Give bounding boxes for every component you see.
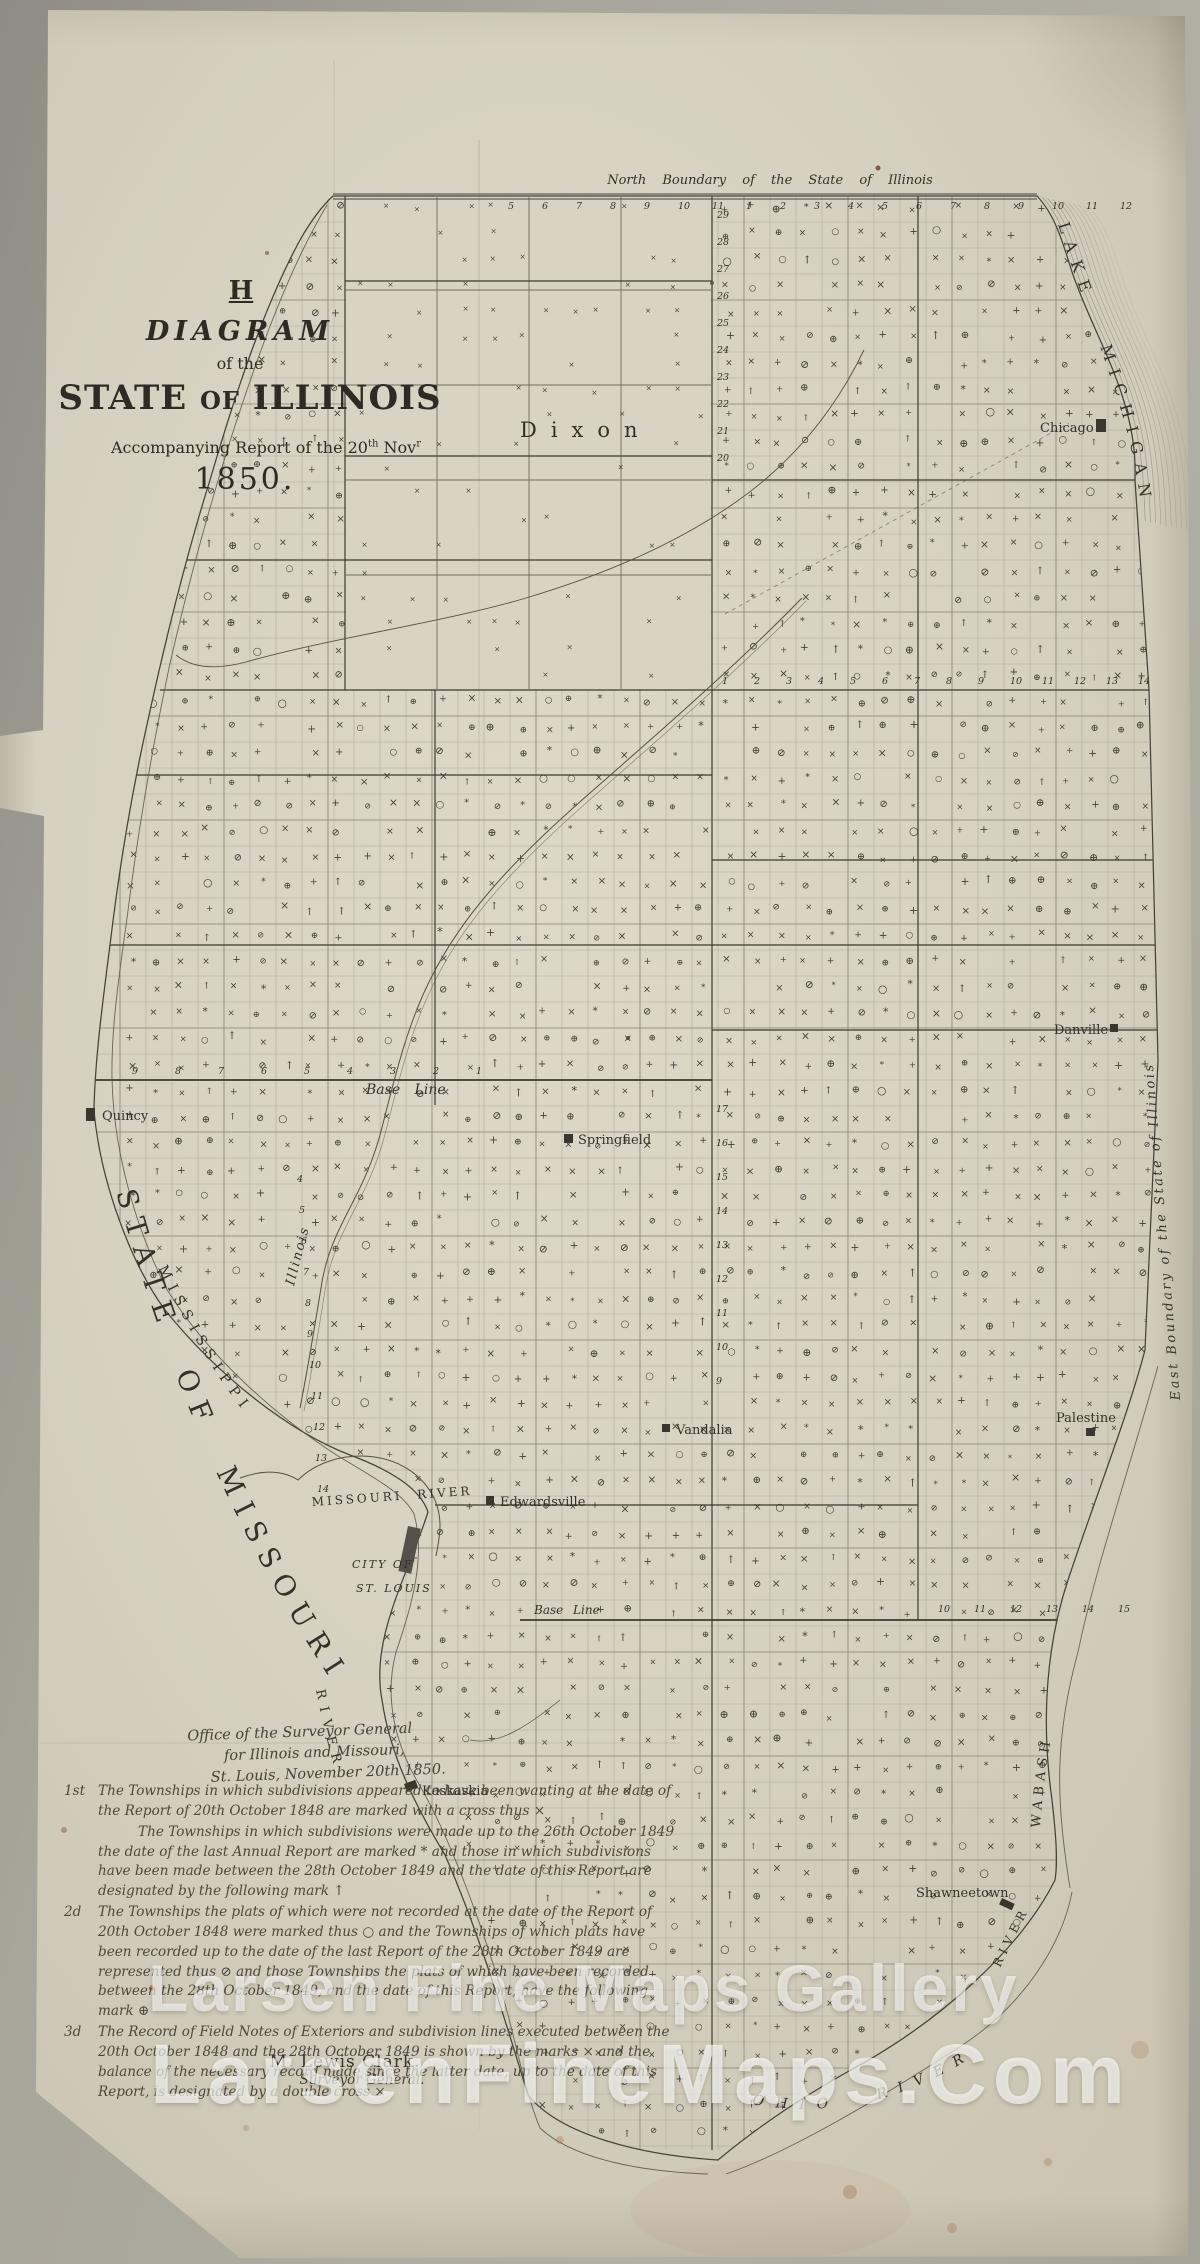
svg-text:×: × — [983, 385, 991, 396]
svg-text:×: × — [987, 1734, 995, 1745]
svg-text:⊕: ⊕ — [826, 907, 833, 917]
svg-text:×: × — [754, 957, 761, 967]
svg-text:+: + — [772, 1217, 781, 1229]
svg-text:⊘: ⊘ — [695, 933, 703, 943]
svg-text:×: × — [259, 1140, 267, 1151]
svg-text:×: × — [540, 1212, 549, 1225]
svg-text:+: + — [462, 1032, 469, 1042]
svg-text:○: ○ — [442, 1318, 450, 1328]
svg-text:×: × — [541, 1738, 548, 1748]
svg-text:⊕: ⊕ — [721, 1841, 728, 1851]
svg-text:⊘: ⊘ — [932, 1634, 940, 1645]
svg-text:+: + — [910, 855, 918, 865]
svg-text:○: ○ — [930, 1269, 938, 1280]
svg-text:+: + — [1008, 1655, 1016, 1666]
svg-text:×: × — [597, 1165, 606, 1177]
svg-text:27: 27 — [716, 264, 730, 275]
svg-text:×: × — [1111, 829, 1119, 840]
svg-text:×: × — [988, 1504, 995, 1514]
svg-text:⊕: ⊕ — [855, 1033, 862, 1043]
svg-text:⊕: ⊕ — [805, 564, 812, 574]
svg-text:+: + — [1036, 1371, 1045, 1384]
svg-text:⊘: ⊘ — [1039, 1943, 1047, 1953]
svg-text:×: × — [513, 439, 519, 448]
svg-text:↑: ↑ — [490, 1423, 497, 1433]
svg-text:×: × — [598, 1659, 605, 1669]
svg-text:⊕: ⊕ — [1090, 723, 1098, 734]
svg-text:⊕: ⊕ — [774, 1164, 783, 1176]
svg-text:×: × — [670, 283, 676, 292]
svg-text:8: 8 — [984, 201, 990, 212]
svg-text:17: 17 — [716, 1104, 729, 1115]
svg-text:+: + — [646, 1059, 654, 1070]
svg-text:×: × — [876, 1503, 883, 1513]
svg-text:×: × — [980, 905, 989, 917]
map-year: 1850. — [150, 462, 340, 497]
svg-text:×: × — [1033, 851, 1040, 861]
svg-text:+: + — [674, 903, 682, 914]
svg-text:×: × — [1065, 1790, 1073, 1800]
svg-text:*: * — [724, 775, 729, 786]
svg-text:⊕: ⊕ — [1036, 797, 1045, 809]
svg-text:×: × — [1086, 932, 1095, 944]
svg-text:*: * — [1038, 1344, 1044, 1356]
svg-text:×: × — [383, 1504, 390, 1514]
svg-text:×: × — [570, 876, 578, 887]
svg-text:×: × — [827, 1033, 836, 1045]
svg-text:×: × — [906, 1138, 915, 1150]
svg-text:⊘: ⊘ — [1036, 1264, 1045, 1276]
svg-text:×: × — [488, 879, 495, 889]
svg-text:↑: ↑ — [152, 1504, 160, 1515]
svg-text:+: + — [466, 1503, 474, 1513]
svg-text:+: + — [826, 512, 833, 522]
svg-text:○: ○ — [384, 1036, 392, 1046]
svg-text:×: × — [389, 2127, 397, 2138]
svg-text:×: × — [883, 1473, 892, 1485]
svg-text:×: × — [726, 1607, 734, 1618]
svg-text:×: × — [1006, 405, 1015, 418]
svg-text:+: + — [909, 718, 918, 731]
svg-text:×: × — [648, 853, 656, 863]
svg-text:+: + — [774, 358, 782, 368]
svg-text:×: × — [1114, 852, 1121, 862]
svg-text:⊘: ⊘ — [152, 1425, 159, 1435]
svg-text:×: × — [884, 1114, 892, 1125]
svg-text:⊕: ⊕ — [125, 1764, 133, 1775]
svg-text:×: × — [435, 540, 441, 549]
svg-text:×: × — [778, 930, 786, 941]
svg-text:×: × — [750, 774, 758, 784]
svg-text:×: × — [961, 489, 969, 500]
svg-text:×: × — [570, 1631, 577, 1641]
svg-text:×: × — [386, 644, 392, 653]
svg-text:↑: ↑ — [1114, 1579, 1121, 1589]
svg-text:○: ○ — [674, 1218, 682, 1228]
svg-text:⊕: ⊕ — [205, 803, 213, 813]
svg-text:×: × — [1033, 1139, 1040, 1149]
svg-text:×: × — [258, 1473, 267, 1485]
svg-text:↑: ↑ — [357, 1374, 364, 1384]
svg-text:×: × — [286, 1527, 294, 1538]
svg-text:+: + — [804, 1242, 812, 1253]
svg-text:×: × — [825, 594, 832, 604]
svg-text:⊘: ⊘ — [439, 985, 448, 996]
svg-text:×: × — [851, 1607, 859, 1618]
svg-text:×: × — [1142, 1736, 1151, 1749]
svg-text:×: × — [854, 331, 861, 341]
svg-text:○: ○ — [253, 541, 261, 551]
svg-text:⊕: ⊕ — [127, 1292, 134, 1302]
svg-text:×: × — [439, 1138, 446, 1148]
svg-text:×: × — [1088, 953, 1095, 963]
svg-text:×: × — [1065, 332, 1072, 342]
svg-text:+: + — [983, 1636, 991, 1646]
svg-text:○: ○ — [1136, 2075, 1146, 2088]
svg-text:×: × — [254, 1323, 262, 1334]
svg-text:⊘: ⊘ — [905, 1371, 912, 1381]
svg-text:+: + — [857, 515, 865, 526]
svg-text:+: + — [126, 1033, 134, 1044]
svg-text:×: × — [830, 407, 839, 420]
svg-text:×: × — [650, 253, 656, 262]
svg-text:×: × — [443, 595, 449, 604]
svg-text:⊕: ⊕ — [727, 1578, 735, 1589]
svg-text:⊕: ⊕ — [1037, 1555, 1044, 1565]
svg-text:12: 12 — [313, 1422, 325, 1433]
svg-text:×: × — [1063, 930, 1072, 942]
svg-text:↑: ↑ — [203, 981, 210, 991]
svg-text:⊕: ⊕ — [1011, 1401, 1019, 1411]
svg-text:×: × — [1137, 1474, 1144, 1484]
svg-text:+: + — [597, 826, 604, 836]
svg-text:⊕: ⊕ — [411, 1270, 418, 1280]
svg-text:*: * — [984, 1761, 989, 1772]
svg-text:+: + — [1140, 824, 1148, 834]
svg-text:×: × — [333, 1160, 342, 1172]
svg-text:⊘: ⊘ — [800, 1476, 809, 1488]
danville-marker — [1110, 1024, 1118, 1032]
svg-text:×: × — [461, 874, 470, 887]
illinois-river — [300, 598, 802, 1408]
svg-text:×: × — [882, 569, 889, 579]
svg-text:×: × — [881, 1864, 889, 1875]
svg-text:⊕: ⊕ — [751, 1136, 758, 1146]
svg-text:⊕: ⊕ — [1008, 875, 1017, 887]
svg-text:×: × — [642, 1241, 651, 1253]
svg-text:⊘: ⊘ — [130, 903, 137, 913]
svg-text:⊕: ⊕ — [360, 1660, 369, 1671]
svg-text:×: × — [148, 1654, 157, 1667]
svg-text:2: 2 — [432, 1066, 439, 1077]
svg-text:+: + — [202, 1061, 210, 1071]
svg-text:×: × — [699, 880, 708, 891]
svg-text:×: × — [909, 2127, 916, 2137]
svg-text:↑: ↑ — [1010, 1527, 1018, 1538]
svg-text:×: × — [517, 1245, 525, 1255]
svg-text:+: + — [517, 1063, 524, 1073]
svg-text:+: + — [879, 329, 887, 340]
surveyor-office-block: Office of the Surveyor General for Illin… — [187, 1718, 446, 1790]
svg-text:+: + — [1143, 229, 1152, 241]
svg-text:+: + — [854, 930, 861, 940]
svg-text:⊘: ⊘ — [1138, 1267, 1147, 1279]
svg-text:+: + — [331, 798, 340, 809]
svg-text:×: × — [696, 771, 704, 782]
svg-text:×: × — [309, 958, 316, 968]
svg-text:×: × — [618, 879, 627, 890]
svg-text:×: × — [906, 1241, 915, 1253]
svg-text:+: + — [1141, 1763, 1148, 1773]
svg-text:⊕: ⊕ — [726, 1735, 733, 1745]
svg-text:×: × — [799, 955, 806, 965]
svg-text:↑: ↑ — [415, 1189, 424, 1202]
svg-text:×: × — [804, 696, 811, 706]
svg-text:×: × — [258, 1270, 265, 1280]
svg-text:×: × — [650, 1658, 657, 1667]
svg-text:×: × — [750, 1396, 759, 1407]
svg-text:⊕: ⊕ — [852, 1085, 860, 1096]
svg-text:×: × — [358, 1421, 366, 1432]
svg-text:1: 1 — [746, 201, 752, 212]
svg-text:⊕: ⊕ — [570, 1033, 578, 1044]
svg-text:⊘: ⊘ — [956, 669, 963, 678]
svg-text:↑: ↑ — [695, 1792, 703, 1802]
svg-text:+: + — [776, 384, 783, 394]
svg-text:×: × — [642, 826, 650, 837]
svg-text:×: × — [776, 413, 783, 423]
svg-text:*: * — [153, 1088, 158, 1099]
svg-text:×: × — [1014, 283, 1022, 294]
svg-text:*: * — [858, 1478, 863, 1489]
svg-text:×: × — [801, 1030, 810, 1043]
svg-text:+: + — [982, 1187, 990, 1198]
svg-text:+: + — [778, 850, 787, 863]
svg-text:⊘: ⊘ — [259, 956, 266, 966]
svg-text:⊕: ⊕ — [621, 1710, 629, 1721]
svg-text:×: × — [284, 1139, 291, 1149]
svg-text:×: × — [515, 1526, 523, 1537]
svg-text:↑: ↑ — [337, 906, 346, 918]
svg-text:×: × — [931, 1346, 939, 1357]
svg-text:+: + — [957, 1394, 966, 1406]
svg-text:+: + — [979, 823, 988, 836]
svg-text:↑: ↑ — [305, 907, 313, 918]
svg-text:⊘: ⊘ — [798, 1813, 805, 1823]
svg-text:↑: ↑ — [649, 1089, 657, 1100]
svg-text:⊘: ⊘ — [753, 535, 762, 548]
svg-text:9: 9 — [307, 1329, 313, 1340]
svg-text:×: × — [936, 1397, 943, 1407]
svg-text:⊕: ⊕ — [857, 851, 865, 862]
svg-text:⊕: ⊕ — [487, 826, 496, 839]
svg-text:⊘: ⊘ — [416, 958, 424, 968]
svg-text:×: × — [625, 280, 631, 289]
svg-text:*: * — [389, 1397, 394, 1407]
svg-text:10: 10 — [309, 1360, 321, 1371]
svg-text:×: × — [154, 907, 161, 917]
svg-text:×: × — [826, 1605, 834, 1615]
svg-text:×: × — [618, 1218, 626, 1229]
svg-text:⊘: ⊘ — [746, 1218, 754, 1229]
svg-text:×: × — [312, 748, 321, 759]
svg-text:↑: ↑ — [514, 1087, 523, 1100]
svg-text:×: × — [877, 827, 885, 837]
svg-text:⊘: ⊘ — [357, 958, 365, 969]
svg-text:⊕: ⊕ — [129, 1710, 137, 1721]
svg-text:+: + — [202, 1712, 209, 1722]
svg-text:×: × — [279, 226, 287, 236]
svg-text:×: × — [622, 772, 631, 785]
svg-text:↑: ↑ — [727, 1921, 734, 1931]
svg-text:*: * — [804, 1423, 809, 1433]
svg-text:×: × — [1058, 1682, 1066, 1693]
svg-text:+: + — [696, 1214, 704, 1225]
svg-text:⊕: ⊕ — [854, 437, 862, 448]
svg-text:⊕: ⊕ — [590, 1348, 599, 1360]
svg-text:+: + — [181, 850, 190, 863]
svg-text:×: × — [335, 719, 344, 731]
svg-text:×: × — [702, 1581, 709, 1591]
svg-text:⊕: ⊕ — [1089, 1836, 1098, 1849]
svg-text:×: × — [1034, 1297, 1041, 1307]
svg-text:+: + — [570, 1239, 579, 1251]
svg-text:⊘: ⊘ — [931, 1136, 939, 1147]
svg-text:×: × — [933, 515, 942, 526]
svg-text:+: + — [545, 1425, 553, 1435]
svg-text:×: × — [906, 1633, 914, 1644]
svg-text:⊕: ⊕ — [776, 1371, 784, 1382]
svg-text:×: × — [178, 591, 186, 602]
svg-text:⊕: ⊕ — [747, 1268, 754, 1278]
svg-text:×: × — [514, 618, 520, 627]
svg-text:+: + — [130, 538, 137, 548]
svg-text:×: × — [985, 1010, 993, 1021]
svg-text:○: ○ — [1089, 1346, 1098, 1357]
svg-text:×: × — [803, 724, 810, 734]
svg-text:×: × — [618, 929, 627, 942]
svg-text:+: + — [1117, 955, 1125, 966]
svg-text:↑: ↑ — [255, 774, 263, 785]
svg-text:↑: ↑ — [775, 1322, 783, 1332]
svg-text:⊕: ⊕ — [777, 1114, 785, 1125]
svg-text:+: + — [831, 1765, 839, 1776]
svg-text:+: + — [878, 1370, 885, 1380]
svg-text:+: + — [463, 1191, 472, 1204]
svg-text:×: × — [567, 643, 573, 652]
svg-text:×: × — [829, 1787, 837, 1797]
svg-text:⊕: ⊕ — [1033, 1527, 1041, 1538]
svg-text:×: × — [490, 1165, 498, 1175]
svg-text:×: × — [412, 1293, 420, 1304]
svg-text:⊕: ⊕ — [1008, 1865, 1016, 1876]
svg-text:+: + — [205, 642, 213, 653]
svg-text:+: + — [751, 1556, 759, 1567]
svg-text:×: × — [907, 1505, 914, 1515]
svg-text:↑: ↑ — [206, 1087, 213, 1097]
svg-text:⊕: ⊕ — [281, 589, 290, 602]
svg-text:+: + — [672, 1531, 680, 1542]
svg-text:↑: ↑ — [1038, 778, 1046, 788]
svg-text:×: × — [747, 1425, 755, 1436]
svg-text:×: × — [850, 875, 858, 886]
svg-text:×: × — [1059, 823, 1067, 834]
svg-text:×: × — [774, 595, 781, 605]
svg-text:×: × — [775, 513, 782, 523]
svg-text:8: 8 — [175, 1066, 181, 1077]
svg-text:×: × — [593, 305, 599, 314]
svg-text:*: * — [907, 462, 911, 471]
svg-text:*: * — [832, 980, 836, 990]
svg-text:+: + — [514, 1373, 523, 1385]
svg-text:×: × — [1059, 2123, 1067, 2134]
svg-text:*: * — [307, 1089, 312, 1100]
svg-text:×: × — [463, 848, 472, 860]
svg-text:×: × — [1111, 1161, 1119, 1172]
svg-text:+: + — [489, 1134, 498, 1147]
svg-text:○: ○ — [331, 1395, 340, 1408]
svg-text:×: × — [645, 1267, 653, 1277]
svg-text:×: × — [538, 1140, 545, 1150]
svg-text:⊘: ⊘ — [515, 980, 523, 991]
svg-text:×: × — [644, 1110, 653, 1122]
svg-text:×: × — [779, 1894, 786, 1903]
svg-text:⊘: ⊘ — [124, 644, 132, 655]
svg-text:*: * — [1034, 357, 1040, 369]
svg-text:×: × — [728, 1656, 735, 1665]
svg-text:×: × — [1144, 1789, 1151, 1799]
svg-text:×: × — [935, 1815, 942, 1825]
svg-text:×: × — [253, 1421, 262, 1433]
svg-text:×: × — [487, 200, 493, 209]
svg-text:10: 10 — [1010, 676, 1022, 687]
svg-text:+: + — [1012, 1761, 1021, 1774]
svg-text:×: × — [1064, 489, 1072, 500]
svg-text:*: * — [203, 1006, 208, 1017]
svg-text:+: + — [931, 460, 938, 470]
svg-text:+: + — [439, 850, 448, 863]
svg-text:×: × — [124, 256, 133, 268]
svg-text:⊕: ⊕ — [152, 958, 160, 969]
svg-text:×: × — [1009, 1350, 1016, 1359]
svg-text:×: × — [126, 931, 134, 942]
svg-text:*: * — [443, 1553, 447, 1563]
svg-text:+: + — [726, 903, 733, 913]
svg-text:⊘: ⊘ — [364, 801, 371, 811]
svg-text:⊕: ⊕ — [311, 931, 318, 941]
svg-text:×: × — [413, 1060, 421, 1071]
svg-text:*: * — [696, 1114, 701, 1124]
svg-text:28: 28 — [716, 237, 729, 248]
svg-text:+: + — [386, 1682, 395, 1695]
svg-text:⊕: ⊕ — [1139, 980, 1148, 993]
svg-text:+: + — [1117, 1997, 1124, 2007]
svg-text:↑: ↑ — [1012, 460, 1020, 471]
svg-text:+: + — [1032, 1498, 1041, 1511]
svg-text:×: × — [671, 697, 679, 708]
svg-text:7: 7 — [576, 201, 583, 212]
svg-text:×: × — [700, 1369, 709, 1381]
map-title-of-the: of the — [118, 354, 362, 373]
svg-text:×: × — [908, 1789, 916, 1799]
svg-text:×: × — [571, 904, 579, 915]
svg-text:*: * — [204, 1503, 209, 1513]
svg-text:×: × — [518, 1661, 525, 1671]
svg-text:○: ○ — [1013, 801, 1021, 811]
svg-text:⊘: ⊘ — [202, 1293, 210, 1304]
svg-text:×: × — [437, 903, 444, 913]
svg-text:○: ○ — [748, 881, 755, 891]
